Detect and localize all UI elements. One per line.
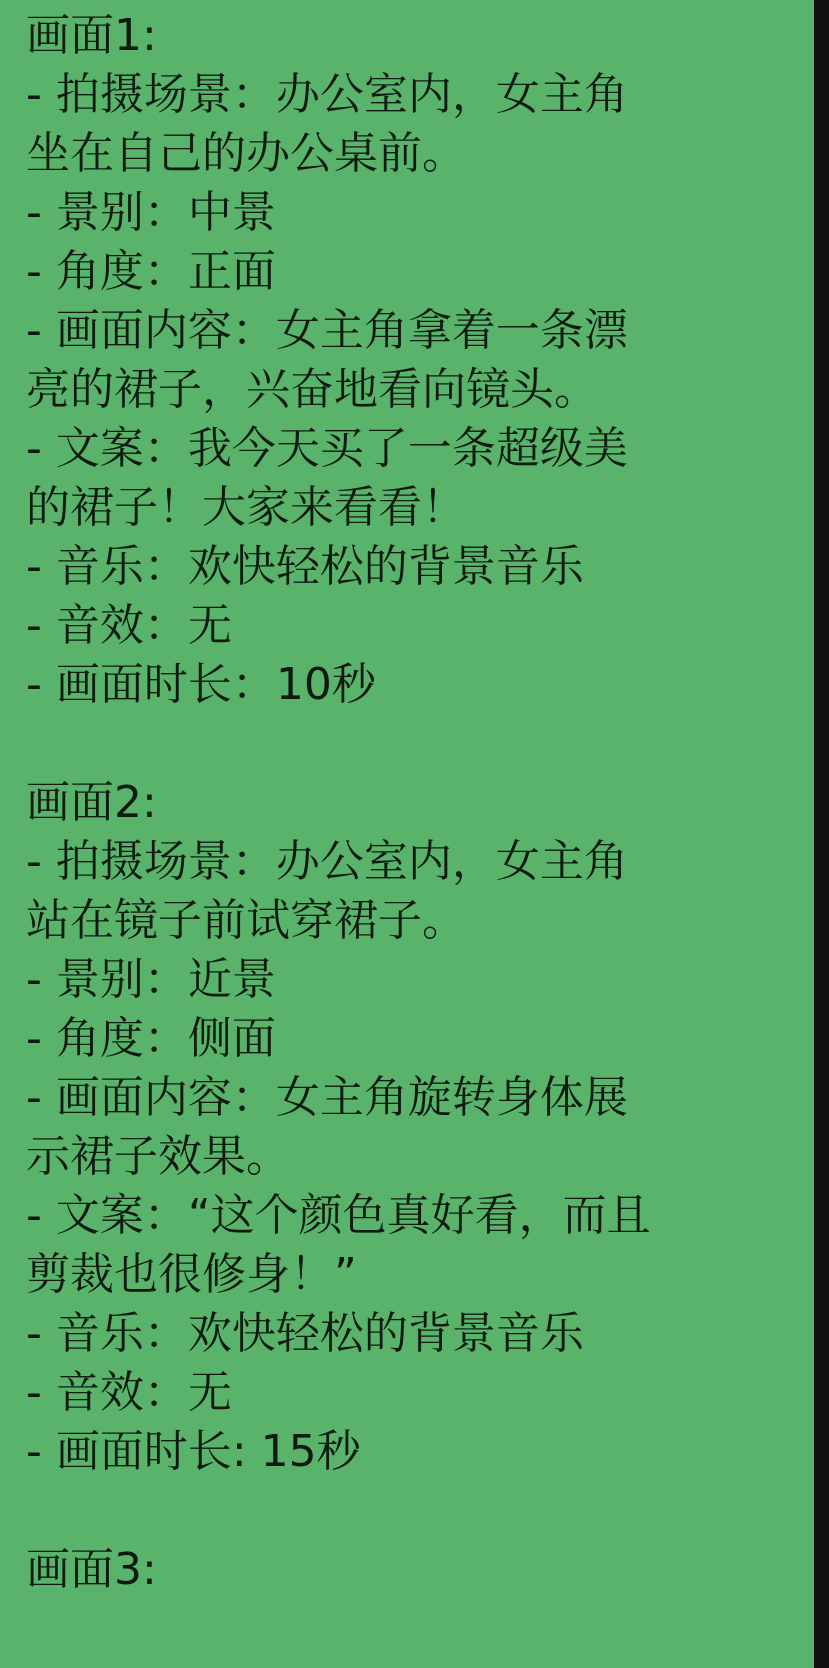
scene-content: - 画面内容：女主角拿着一条漂: [26, 301, 796, 360]
duration: - 画面时长: 15秒: [26, 1422, 796, 1481]
scene-3: 画面3:: [26, 1540, 796, 1599]
scene-location-cont: 坐在自己的办公桌前。: [26, 124, 796, 183]
shot-size: - 景别：近景: [26, 950, 796, 1009]
music: - 音乐：欢快轻松的背景音乐: [26, 1304, 796, 1363]
scene-title: 画面2:: [26, 773, 796, 832]
scene-content-cont: 亮的裙子，兴奋地看向镜头。: [26, 360, 796, 419]
message-text: 画面1: - 拍摄场景：办公室内，女主角 坐在自己的办公桌前。 - 景别：中景 …: [26, 6, 796, 1599]
scene-location: - 拍摄场景：办公室内，女主角: [26, 65, 796, 124]
camera-angle: - 角度：侧面: [26, 1009, 796, 1068]
scene-2: 画面2: - 拍摄场景：办公室内，女主角 站在镜子前试穿裙子。 - 景别：近景 …: [26, 773, 796, 1481]
chat-message-bubble[interactable]: 画面1: - 拍摄场景：办公室内，女主角 坐在自己的办公桌前。 - 景别：中景 …: [0, 0, 814, 1668]
camera-angle: - 角度：正面: [26, 242, 796, 301]
scene-title: 画面1:: [26, 6, 796, 65]
scene-content: - 画面内容：女主角旋转身体展: [26, 1068, 796, 1127]
shot-size: - 景别：中景: [26, 183, 796, 242]
scene-title: 画面3:: [26, 1540, 796, 1599]
scene-content-cont: 示裙子效果。: [26, 1127, 796, 1186]
screen-edge-divider: [814, 0, 829, 1668]
scene-1: 画面1: - 拍摄场景：办公室内，女主角 坐在自己的办公桌前。 - 景别：中景 …: [26, 6, 796, 714]
copywriting-cont: 剪裁也很修身！”: [26, 1245, 796, 1304]
sound-effect: - 音效：无: [26, 596, 796, 655]
scene-location: - 拍摄场景：办公室内，女主角: [26, 832, 796, 891]
blank-line: [26, 714, 796, 773]
blank-line: [26, 1481, 796, 1540]
duration: - 画面时长：10秒: [26, 655, 796, 714]
sound-effect: - 音效：无: [26, 1363, 796, 1422]
scene-location-cont: 站在镜子前试穿裙子。: [26, 891, 796, 950]
copywriting-cont: 的裙子！大家来看看！: [26, 478, 796, 537]
copywriting: - 文案：我今天买了一条超级美: [26, 419, 796, 478]
music: - 音乐：欢快轻松的背景音乐: [26, 537, 796, 596]
copywriting: - 文案：“这个颜色真好看，而且: [26, 1186, 796, 1245]
